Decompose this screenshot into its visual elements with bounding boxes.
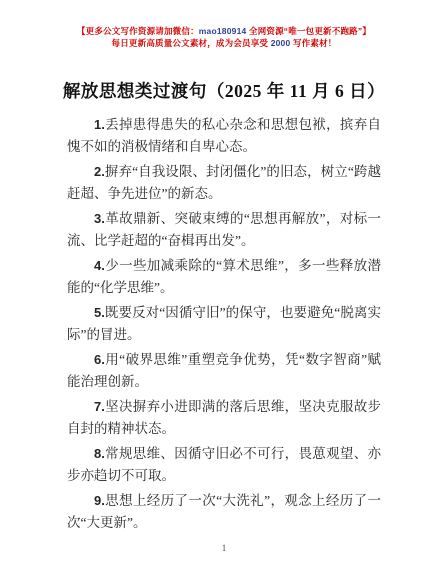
ad-line1-suffix: 全网资源“唯一包更新不跑路”】 bbox=[246, 26, 371, 36]
ad-material-count: 2000 bbox=[271, 38, 291, 48]
paragraph-text: 少一些加减乘除的“算术思维”，多一些释放潜能的“化学思维”。 bbox=[67, 258, 381, 295]
ad-line2-suffix: 写作素材！ bbox=[290, 38, 336, 48]
paragraph: 7.坚决摒弃小进即满的落后思维，坚决克服故步自封的精神状态。 bbox=[67, 396, 381, 440]
paragraph-text: 革故鼎新、突破束缚的“思想再解放”，对标一流、比学赶超的“奋楫再出发”。 bbox=[67, 211, 381, 248]
paragraph-number: 4. bbox=[94, 258, 105, 273]
paragraph-number: 2. bbox=[94, 164, 105, 179]
document-body: 1.丢掉患得患失的私心杂念和思想包袱，摈弃自愧不如的消极情绪和自卑心态。2.摒弃… bbox=[67, 114, 381, 534]
paragraph-text: 坚决摒弃小进即满的落后思维，坚决克服故步自封的精神状态。 bbox=[67, 399, 381, 436]
paragraph: 5.既要反对“因循守旧”的保守，也要避免“脱离实际”的冒进。 bbox=[67, 302, 381, 346]
paragraph-number: 8. bbox=[94, 446, 105, 461]
page-number: 1 bbox=[0, 544, 448, 554]
paragraph-text: 常规思维、因循守旧必不可行，畏葸观望、亦步亦趋切不可取。 bbox=[67, 446, 381, 483]
paragraph-number: 5. bbox=[94, 305, 105, 320]
paragraph-number: 7. bbox=[94, 399, 105, 414]
ad-banner: 【更多公文写作资源请加微信：mao180914 全网资源“唯一包更新不跑路”】 … bbox=[0, 0, 448, 49]
ad-line1-prefix: 【更多公文写作资源请加微信： bbox=[77, 26, 199, 36]
paragraph-text: 丢掉患得患失的私心杂念和思想包袱，摈弃自愧不如的消极情绪和自卑心态。 bbox=[67, 117, 381, 154]
paragraph-text: 思想上经历了一次“大洗礼”，观念上经历了一次“大更新”。 bbox=[67, 493, 381, 530]
page-title: 解放思想类过渡句（2025 年 11 月 6 日） bbox=[0, 80, 448, 102]
ad-line2-prefix: 每日更新高质量公文素材，成为会员享受 bbox=[112, 38, 271, 48]
paragraph: 3.革故鼎新、突破束缚的“思想再解放”，对标一流、比学赶超的“奋楫再出发”。 bbox=[67, 208, 381, 252]
document-page: 【更多公文写作资源请加微信：mao180914 全网资源“唯一包更新不跑路”】 … bbox=[0, 0, 448, 580]
paragraph-number: 1. bbox=[94, 117, 105, 132]
paragraph: 1.丢掉患得患失的私心杂念和思想包袱，摈弃自愧不如的消极情绪和自卑心态。 bbox=[67, 114, 381, 158]
paragraph-number: 3. bbox=[94, 211, 105, 226]
paragraph-text: 摒弃“自我设限、封闭僵化”的旧态，树立“跨越赶超、争先进位”的新态。 bbox=[67, 164, 381, 201]
paragraph-text: 既要反对“因循守旧”的保守，也要避免“脱离实际”的冒进。 bbox=[67, 305, 381, 342]
paragraph-number: 9. bbox=[94, 493, 105, 508]
paragraph: 6.用“破界思维”重塑竞争优势，凭“数字智商”赋能治理创新。 bbox=[67, 349, 381, 393]
paragraph: 9.思想上经历了一次“大洗礼”，观念上经历了一次“大更新”。 bbox=[67, 490, 381, 534]
paragraph-number: 6. bbox=[94, 352, 105, 367]
ad-banner-line2: 每日更新高质量公文素材，成为会员享受 2000 写作素材！ bbox=[0, 37, 448, 49]
ad-banner-line1: 【更多公文写作资源请加微信：mao180914 全网资源“唯一包更新不跑路”】 bbox=[0, 25, 448, 37]
paragraph-text: 用“破界思维”重塑竞争优势，凭“数字智商”赋能治理创新。 bbox=[67, 352, 381, 389]
paragraph: 8.常规思维、因循守旧必不可行，畏葸观望、亦步亦趋切不可取。 bbox=[67, 443, 381, 487]
ad-wechat-id: mao180914 bbox=[199, 26, 247, 36]
paragraph: 2.摒弃“自我设限、封闭僵化”的旧态，树立“跨越赶超、争先进位”的新态。 bbox=[67, 161, 381, 205]
paragraph: 4.少一些加减乘除的“算术思维”，多一些释放潜能的“化学思维”。 bbox=[67, 255, 381, 299]
